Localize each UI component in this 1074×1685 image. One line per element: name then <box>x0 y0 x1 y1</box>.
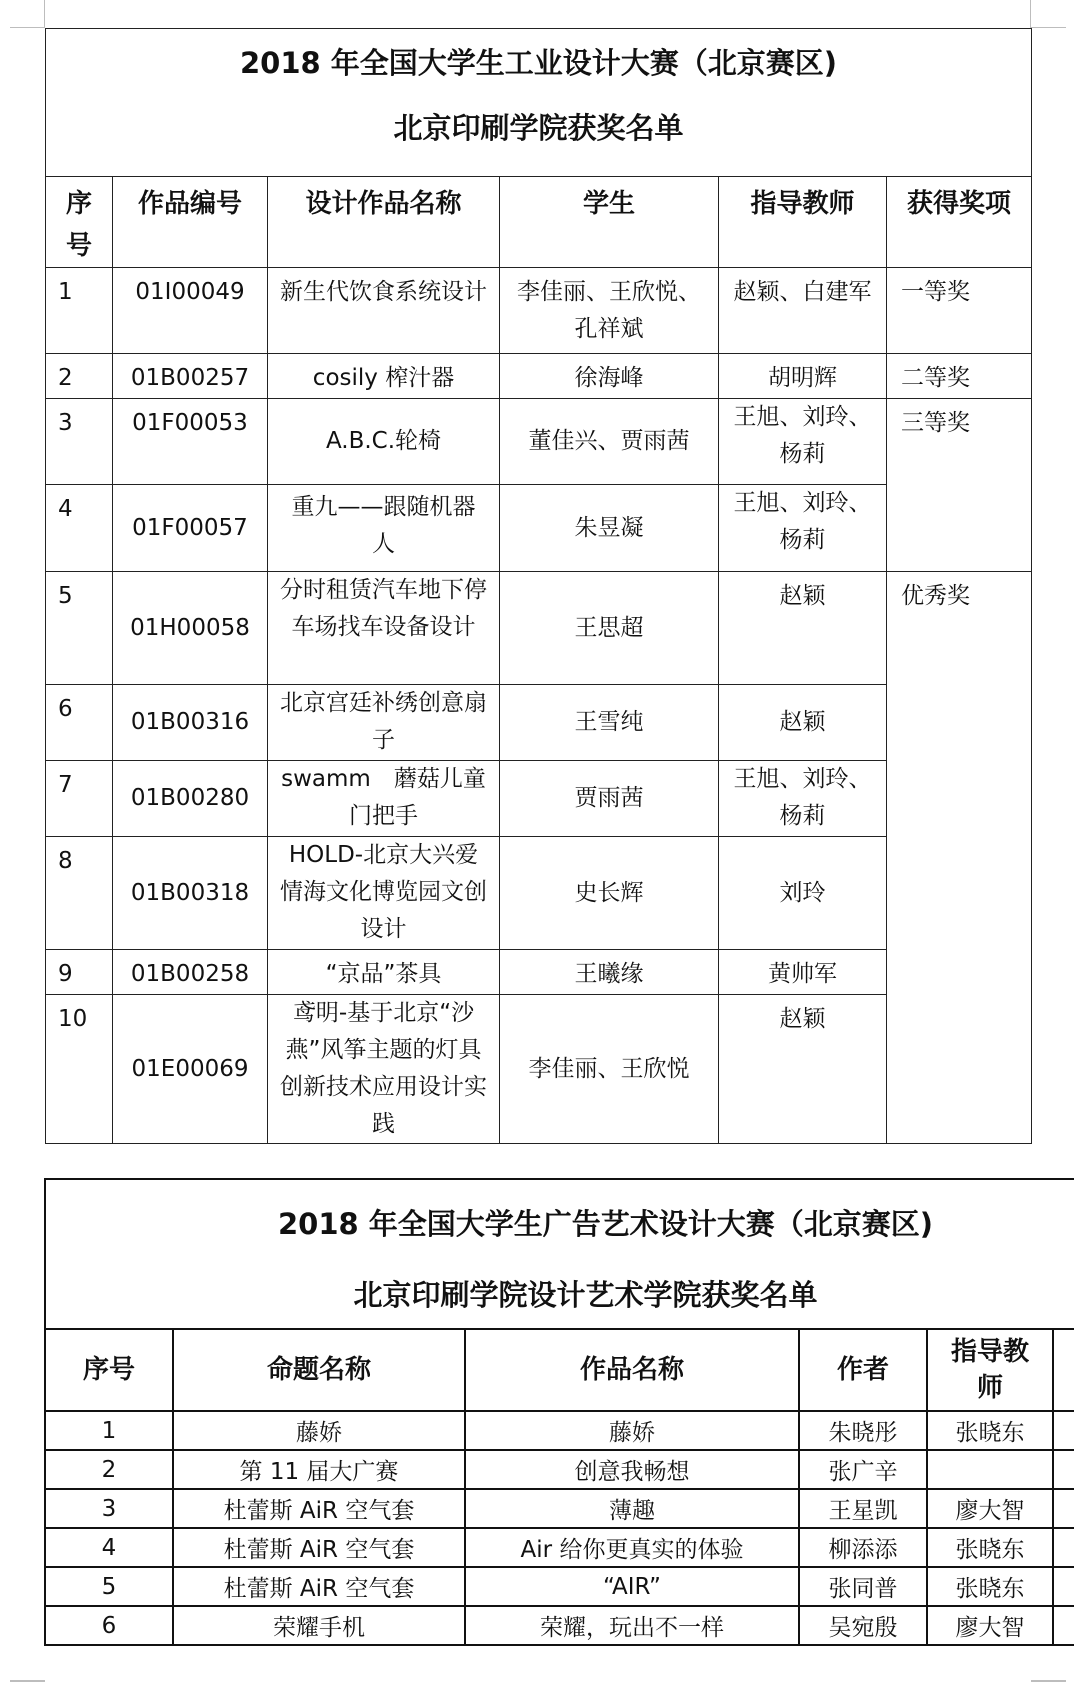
cell-work-name: 北京宫廷补绣创意扇子 <box>268 685 500 761</box>
cell-index: 4 <box>45 1528 173 1567</box>
cell-students: 李佳丽、王欣悦 <box>500 995 719 1144</box>
cell-topic: 荣耀手机 <box>173 1606 465 1645</box>
cell-work-name: HOLD-北京大兴爱情海文化博览园文创设计 <box>268 837 500 950</box>
cell-code: 01H00058 <box>113 572 268 685</box>
table-row: 6 01B00316 北京宫廷补绣创意扇子 王雪纯 赵颖 <box>46 685 1032 761</box>
table-row: 1 藤娇 藤娇 朱晓彤 张晓东 <box>45 1411 1074 1450</box>
cell-extra <box>1053 1567 1074 1606</box>
cell-advisor: 张晓东 <box>927 1567 1053 1606</box>
table-row: 8 01B00318 HOLD-北京大兴爱情海文化博览园文创设计 史长辉 刘玲 <box>46 837 1032 950</box>
cell-work-name: 创意我畅想 <box>465 1450 799 1489</box>
cell-topic: 藤娇 <box>173 1411 465 1450</box>
cell-advisor: 赵颖 <box>719 685 887 761</box>
table-row: 1 01I00049 新生代饮食系统设计 李佳丽、王欣悦、孔祥斌 赵颖、白建军 … <box>46 268 1032 354</box>
cell-advisor: 王旭、刘玲、杨莉 <box>719 399 887 485</box>
cell-students: 李佳丽、王欣悦、孔祥斌 <box>500 268 719 354</box>
cell-work-name: cosily 榨汁器 <box>268 354 500 399</box>
cell-index: 3 <box>45 1489 173 1528</box>
table-row: 4 01F00057 重九——跟随机器人 朱昱凝 王旭、刘玲、杨莉 <box>46 485 1032 572</box>
cell-extra <box>1053 1528 1074 1567</box>
page-margin-mark <box>10 27 45 28</box>
column-header-advisor: 指导教师 <box>927 1329 1053 1411</box>
cell-code: 01B00257 <box>113 354 268 399</box>
cell-index: 2 <box>46 354 113 399</box>
column-header-students: 学生 <box>500 177 719 268</box>
cell-advisor: 赵颖 <box>719 995 887 1144</box>
cell-index: 9 <box>46 950 113 995</box>
cell-index: 5 <box>45 1567 173 1606</box>
cell-students: 徐海峰 <box>500 354 719 399</box>
cell-author: 柳添添 <box>799 1528 927 1567</box>
cell-advisor: 廖大智 <box>927 1489 1053 1528</box>
table-row: 2 01B00257 cosily 榨汁器 徐海峰 胡明辉 二等奖 <box>46 354 1032 399</box>
table-row: 9 01B00258 “京品”茶具 王曦缘 黄帅军 <box>46 950 1032 995</box>
cell-work-name: 重九——跟随机器人 <box>268 485 500 572</box>
cell-advisor: 黄帅军 <box>719 950 887 995</box>
column-header-topic: 命题名称 <box>173 1329 465 1411</box>
column-header-author: 作者 <box>799 1329 927 1411</box>
table-row: 10 01E00069 鸢明-基于北京“沙燕”风筝主题的灯具创新技术应用设计实践… <box>46 995 1032 1144</box>
cell-work-name: 分时租赁汽车地下停车场找车设备设计 <box>268 572 500 685</box>
page-margin-mark <box>1030 0 1031 28</box>
industrial-design-awards-table: 2018 年全国大学生工业设计大赛（北京赛区) 北京印刷学院获奖名单 序号 作品… <box>45 28 1032 1144</box>
cell-work-name: 藤娇 <box>465 1411 799 1450</box>
table-title-cell: 2018 年全国大学生广告艺术设计大赛（北京赛区) 北京印刷学院设计艺术学院获奖… <box>45 1179 1074 1329</box>
cell-advisor: 张晓东 <box>927 1528 1053 1567</box>
page-margin-mark <box>1031 27 1066 28</box>
cell-work-name: “AIR” <box>465 1567 799 1606</box>
cell-code: 01F00057 <box>113 485 268 572</box>
cell-topic: 杜蕾斯 AiR 空气套 <box>173 1489 465 1528</box>
cell-advisor <box>927 1450 1053 1489</box>
table-row: 3 杜蕾斯 AiR 空气套 薄趣 王星凯 廖大智 <box>45 1489 1074 1528</box>
cell-advisor: 王旭、刘玲、杨莉 <box>719 485 887 572</box>
cell-index: 2 <box>45 1450 173 1489</box>
cell-students: 王思超 <box>500 572 719 685</box>
table-title: 2018 年全国大学生工业设计大赛（北京赛区) <box>46 29 1031 82</box>
cell-students: 贾雨茜 <box>500 761 719 837</box>
cell-advisor: 王旭、刘玲、杨莉 <box>719 761 887 837</box>
cell-students: 史长辉 <box>500 837 719 950</box>
column-header-award: 获得奖项 <box>887 177 1032 268</box>
cell-work-name: 荣耀，玩出不一样 <box>465 1606 799 1645</box>
page-margin-mark <box>1031 1680 1066 1682</box>
table-row: 2 第 11 届大广赛 创意我畅想 张广辛 <box>45 1450 1074 1489</box>
cell-extra <box>1053 1489 1074 1528</box>
cell-students: 王曦缘 <box>500 950 719 995</box>
table-title: 2018 年全国大学生广告艺术设计大赛（北京赛区) <box>46 1180 1074 1243</box>
cell-students: 王雪纯 <box>500 685 719 761</box>
cell-index: 7 <box>46 761 113 837</box>
cell-topic: 杜蕾斯 AiR 空气套 <box>173 1528 465 1567</box>
cell-advisor: 刘玲 <box>719 837 887 950</box>
column-header-index: 序号 <box>45 1329 173 1411</box>
cell-author: 王星凯 <box>799 1489 927 1528</box>
table-subtitle: 北京印刷学院设计艺术学院获奖名单 <box>46 1243 1074 1314</box>
cell-index: 10 <box>46 995 113 1144</box>
cell-index: 1 <box>45 1411 173 1450</box>
cell-index: 6 <box>45 1606 173 1645</box>
cell-award: 二等奖 <box>887 354 1032 399</box>
cell-code: 01B00318 <box>113 837 268 950</box>
cell-index: 1 <box>46 268 113 354</box>
cell-code: 01B00258 <box>113 950 268 995</box>
cell-work-name: Air 给你更真实的体验 <box>465 1528 799 1567</box>
cell-advisor: 张晓东 <box>927 1411 1053 1450</box>
cell-advisor: 胡明辉 <box>719 354 887 399</box>
cell-advisor: 廖大智 <box>927 1606 1053 1645</box>
cell-work-name: 新生代饮食系统设计 <box>268 268 500 354</box>
table-row: 7 01B00280 swamm 蘑菇儿童门把手 贾雨茜 王旭、刘玲、杨莉 <box>46 761 1032 837</box>
cell-index: 8 <box>46 837 113 950</box>
table-row: 4 杜蕾斯 AiR 空气套 Air 给你更真实的体验 柳添添 张晓东 <box>45 1528 1074 1567</box>
cell-index: 5 <box>46 572 113 685</box>
table-row: 5 杜蕾斯 AiR 空气套 “AIR” 张同普 张晓东 <box>45 1567 1074 1606</box>
column-header-index: 序号 <box>46 177 113 268</box>
cell-index: 4 <box>46 485 113 572</box>
cell-code: 01I00049 <box>113 268 268 354</box>
cell-code: 01F00053 <box>113 399 268 485</box>
cell-work-name: “京品”茶具 <box>268 950 500 995</box>
cell-topic: 第 11 届大广赛 <box>173 1450 465 1489</box>
table-row: 6 荣耀手机 荣耀，玩出不一样 吴宛殷 廖大智 <box>45 1606 1074 1645</box>
column-header-work-name: 设计作品名称 <box>268 177 500 268</box>
table-subtitle: 北京印刷学院获奖名单 <box>46 82 1031 147</box>
cell-work-name: A.B.C.轮椅 <box>268 399 500 485</box>
column-header-advisor: 指导教师 <box>719 177 887 268</box>
cell-work-name: 鸢明-基于北京“沙燕”风筝主题的灯具创新技术应用设计实践 <box>268 995 500 1144</box>
advertising-design-awards-table: 2018 年全国大学生广告艺术设计大赛（北京赛区) 北京印刷学院设计艺术学院获奖… <box>44 1178 1074 1646</box>
table-row: 3 01F00053 A.B.C.轮椅 董佳兴、贾雨茜 王旭、刘玲、杨莉 三等奖 <box>46 399 1032 485</box>
cell-work-name: swamm 蘑菇儿童门把手 <box>268 761 500 837</box>
column-header-work-name: 作品名称 <box>465 1329 799 1411</box>
cell-index: 6 <box>46 685 113 761</box>
table-row: 5 01H00058 分时租赁汽车地下停车场找车设备设计 王思超 赵颖 优秀奖 <box>46 572 1032 685</box>
cell-extra <box>1053 1411 1074 1450</box>
page-margin-mark <box>44 0 45 28</box>
cell-author: 吴宛殷 <box>799 1606 927 1645</box>
cell-extra <box>1053 1450 1074 1489</box>
cell-code: 01B00280 <box>113 761 268 837</box>
column-header-extra <box>1053 1329 1074 1411</box>
cell-extra <box>1053 1606 1074 1645</box>
page-margin-mark <box>10 1680 45 1682</box>
cell-award: 一等奖 <box>887 268 1032 354</box>
cell-award: 优秀奖 <box>887 572 1032 1144</box>
cell-author: 张广辛 <box>799 1450 927 1489</box>
cell-code: 01E00069 <box>113 995 268 1144</box>
cell-students: 朱昱凝 <box>500 485 719 572</box>
cell-topic: 杜蕾斯 AiR 空气套 <box>173 1567 465 1606</box>
table-title-cell: 2018 年全国大学生工业设计大赛（北京赛区) 北京印刷学院获奖名单 <box>46 29 1032 177</box>
cell-advisor: 赵颖 <box>719 572 887 685</box>
cell-work-name: 薄趣 <box>465 1489 799 1528</box>
cell-students: 董佳兴、贾雨茜 <box>500 399 719 485</box>
cell-code: 01B00316 <box>113 685 268 761</box>
cell-index: 3 <box>46 399 113 485</box>
cell-advisor: 赵颖、白建军 <box>719 268 887 354</box>
cell-award: 三等奖 <box>887 399 1032 572</box>
column-header-code: 作品编号 <box>113 177 268 268</box>
cell-author: 张同普 <box>799 1567 927 1606</box>
cell-author: 朱晓彤 <box>799 1411 927 1450</box>
